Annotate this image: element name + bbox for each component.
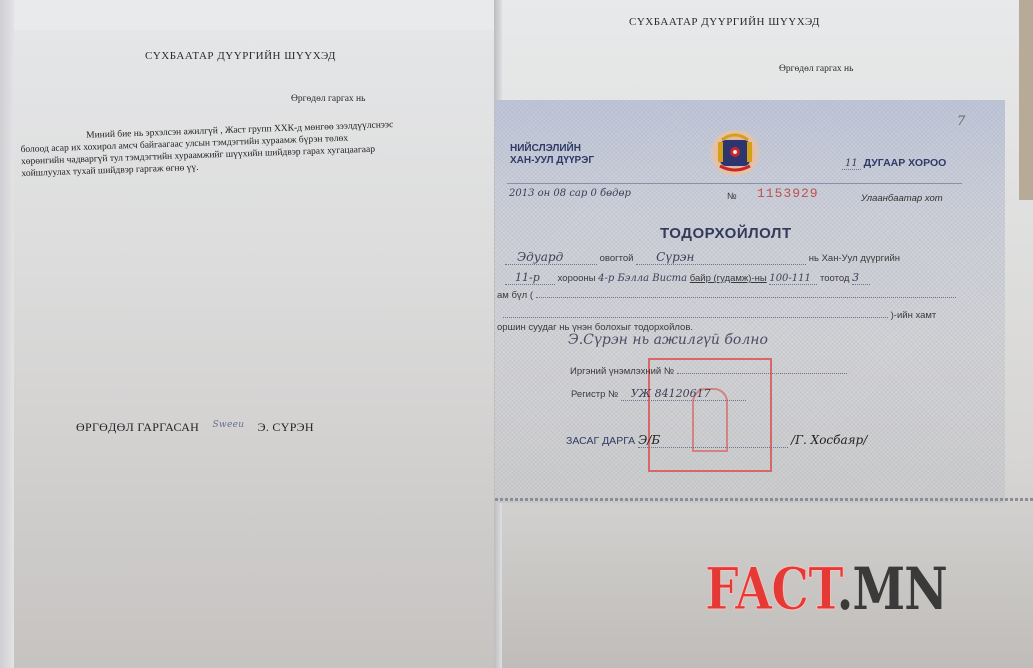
governor-name: /Г. Хосбаяр/ xyxy=(791,433,867,447)
left-page-application: СҮХБААТАР ДҮҮРГИЙН ШҮҮХЭД Өргөдөл гаргах… xyxy=(0,0,494,668)
district-text: нь Хан-Уул дүүргийн xyxy=(809,253,900,264)
given-name-field: Сүрэн xyxy=(636,250,806,265)
city-label: Улаанбаатар хот xyxy=(861,193,943,204)
handwritten-note: Э.Сүрэн нь ажилгүй болно xyxy=(568,332,768,348)
application-body: Миний бие нь эрхэлсэн ажилгүй , Жаст гру… xyxy=(52,116,473,179)
header-divider xyxy=(507,183,962,184)
khoroo-label: хорооны xyxy=(558,273,596,284)
page-corner-background xyxy=(1019,0,1033,200)
certificate-row-address: 11-р хорооны 4-р Бэлла Виста байр (гудам… xyxy=(505,271,980,285)
number-label: № xyxy=(727,191,737,201)
khoroo-number: 11 xyxy=(842,158,861,170)
governor-label: ЗАСАГ ДАРГА xyxy=(566,435,635,447)
page-top-strip xyxy=(0,0,494,30)
khoroo-label: ДУГААР ХОРОО xyxy=(864,157,947,169)
family-members-field xyxy=(536,297,956,298)
handwritten-signature: Sweeu xyxy=(212,420,244,430)
register-row: Регистр № УЖ 84120617 xyxy=(571,387,746,401)
signature-label: ӨРГӨДӨЛ ГАРГАСАН xyxy=(76,420,199,434)
watermark-part2: .MN xyxy=(837,555,947,623)
apartment-label: тоотод xyxy=(820,273,849,284)
serial-number: 1153929 xyxy=(757,186,819,201)
family-label: ам бүл ( xyxy=(497,290,533,301)
certificate-title: ТОДОРХОЙЛОЛТ xyxy=(660,225,792,242)
surname-field: Эдуард xyxy=(505,250,597,265)
issuer-line1: НИЙСЛЭЛИЙН xyxy=(510,143,594,155)
application-subtitle: Өргөдөл гаргах нь xyxy=(779,64,853,74)
court-title: СҮХБААТАР ДҮҮРГИЙН ШҮҮХЭД xyxy=(629,16,820,28)
certificate-row-family: ам бүл ( xyxy=(497,290,972,301)
governor-row: ЗАСАГ ДАРГА Э/Б /Г. Хосбаяр/ xyxy=(566,433,867,448)
certificate-border-stitch xyxy=(495,498,1033,501)
page-fold-shadow xyxy=(0,0,14,668)
id-card-row: Иргэний үнэмлэхний № xyxy=(570,366,847,377)
fact-mn-watermark: FACT.MN xyxy=(705,555,947,623)
building-label: байр (гудамж)-ны xyxy=(690,273,767,284)
issuer-block: НИЙСЛЭЛИЙН ХАН-УУЛ ДҮҮРЭГ xyxy=(510,143,594,167)
applicant-name: Э. СҮРЭН xyxy=(258,420,314,434)
emblem-svg xyxy=(708,130,762,176)
id-card-field xyxy=(677,373,847,374)
building-field: 4-р Бэлла Виста xyxy=(598,273,687,284)
watermark-part1: FACT xyxy=(705,555,837,623)
register-label: Регистр № xyxy=(571,389,618,400)
issue-date: 2013 он 08 сар 0 бөдөр xyxy=(509,188,631,199)
family-end-label: )-ийн хамт xyxy=(891,310,937,321)
khoroo-field: 11-р xyxy=(505,271,555,285)
applicant-signature-line: ӨРГӨДӨЛ ГАРГАСАН Sweeu Э. СҮРЭН xyxy=(76,420,314,435)
family-members-field-cont xyxy=(503,317,888,318)
court-title: СҮХБААТАР ДҮҮРГИЙН ШҮҮХЭД xyxy=(145,50,336,62)
surname-label: овогтой xyxy=(600,253,634,264)
id-card-label: Иргэний үнэмлэхний № xyxy=(570,366,674,377)
page-mark: 7 xyxy=(957,114,965,129)
certificate-row-name: Эдуард овогтой Сүрэн нь Хан-Уул дүүргийн xyxy=(505,250,975,265)
coat-of-arms-icon xyxy=(708,130,762,176)
application-subtitle: Өргөдөл гаргах нь xyxy=(291,94,365,104)
family-count-field: 3 xyxy=(852,271,870,285)
khoroo-line: 11 ДУГААР ХОРОО xyxy=(842,157,946,169)
register-field: УЖ 84120617 xyxy=(621,387,746,401)
governor-signature: Э/Б xyxy=(638,433,788,448)
residence-certificate: 7 НИЙСЛЭЛИЙН ХАН-УУЛ ДҮҮРЭГ 11 ДУГААР ХО… xyxy=(495,100,1005,503)
issuer-line2: ХАН-УУЛ ДҮҮРЭГ xyxy=(510,155,594,167)
apartment-field: 100-111 xyxy=(769,273,817,285)
certificate-row-family-end: )-ийн хамт xyxy=(503,310,978,321)
